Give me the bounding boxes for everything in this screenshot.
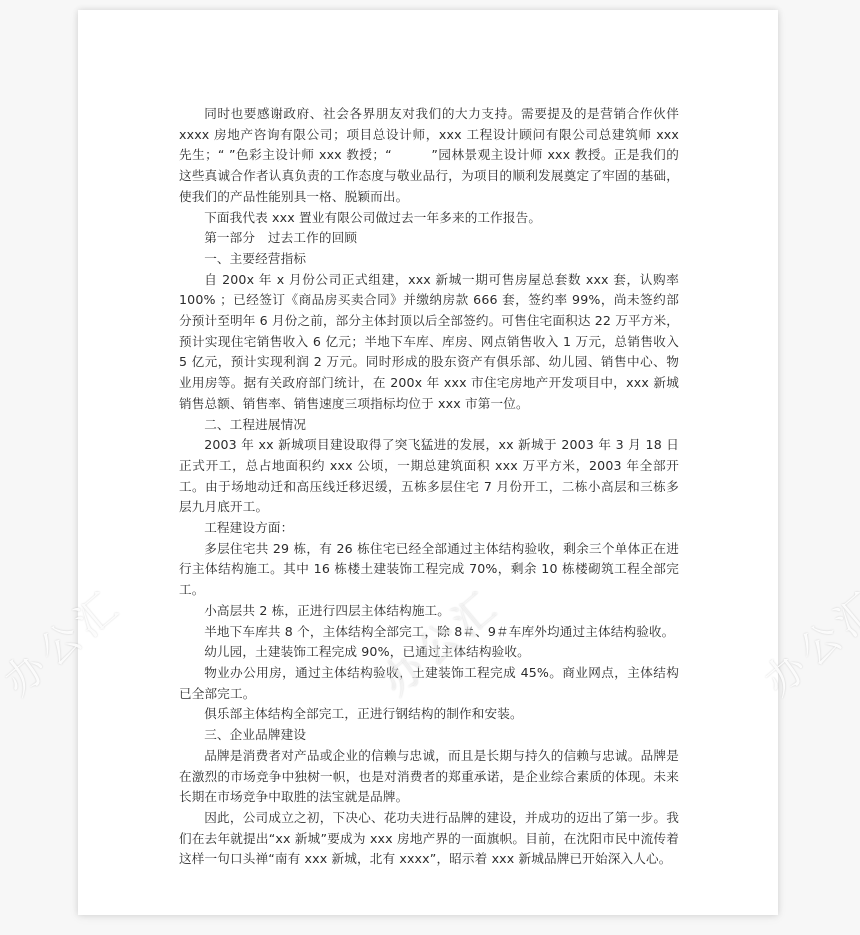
paragraph-acknowledgement: 同时也要感谢政府、社会各界朋友对我们的大力支持。需要提及的是营销合作伙伴 xxx… xyxy=(179,104,679,208)
subheading-brand-building: 三、企业品牌建设 xyxy=(179,725,679,746)
paragraph-multistory-housing: 多层住宅共 29 栋，有 26 栋住宅已经全部通过主体结构验收，剩余三个单体正在… xyxy=(179,539,679,601)
paragraph-brand-definition: 品牌是消费者对产品或企业的信赖与忠诚，而且是长期与持久的信赖与忠诚。品牌是在激烈… xyxy=(179,746,679,808)
paragraph-garages: 半地下车库共 8 个，主体结构全部完工，除 8＃、9＃车库外均通过主体结构验收。 xyxy=(179,622,679,643)
subheading-project-progress: 二、工程进展情况 xyxy=(179,415,679,436)
paragraph-project-progress: 2003 年 xx 新城项目建设取得了突飞猛进的发展，xx 新城于 2003 年… xyxy=(179,435,679,518)
document-page: 同时也要感谢政府、社会各界朋友对我们的大力支持。需要提及的是营销合作伙伴 xxx… xyxy=(78,10,778,915)
section-heading-part-one: 第一部分 过去工作的回顾 xyxy=(179,228,679,249)
paragraph-property-office: 物业办公用房，通过主体结构验收，土建装饰工程完成 45%。商业网点，主体结构已全… xyxy=(179,663,679,704)
paragraph-small-highrise: 小高层共 2 栋，正进行四层主体结构施工。 xyxy=(179,601,679,622)
paragraph-report-intro: 下面我代表 xxx 置业有限公司做过去一年多来的工作报告。 xyxy=(179,208,679,229)
document-body: 同时也要感谢政府、社会各界朋友对我们的大力支持。需要提及的是营销合作伙伴 xxx… xyxy=(179,104,679,870)
subheading-main-indicators: 一、主要经营指标 xyxy=(179,249,679,270)
subheading-construction: 工程建设方面： xyxy=(179,518,679,539)
paragraph-brand-progress: 因此，公司成立之初，下决心、花功夫进行品牌的建设，并成功的迈出了第一步。我们在去… xyxy=(179,808,679,870)
paragraph-clubhouse: 俱乐部主体结构全部完工，正进行钢结构的制作和安装。 xyxy=(179,704,679,725)
paragraph-kindergarten: 幼儿园，土建装饰工程完成 90%，已通过主体结构验收。 xyxy=(179,642,679,663)
paragraph-main-indicators: 自 200x 年 x 月份公司正式组建，xxx 新城一期可售房屋总套数 xxx … xyxy=(179,270,679,415)
